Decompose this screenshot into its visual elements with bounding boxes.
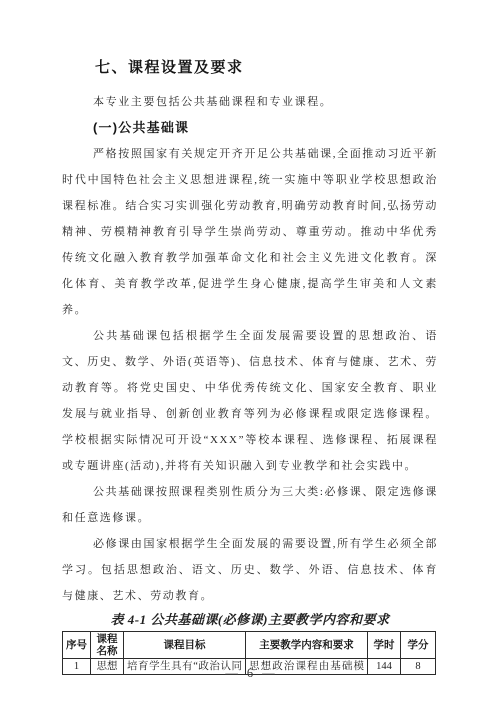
col-header-credits: 学分 bbox=[401, 632, 436, 659]
body-paragraph-1: 严格按照国家有关规定开齐开足公共基础课,全面推动习近平新时代中国特色社会主义思想… bbox=[62, 141, 438, 323]
table-caption: 表 4-1 公共基础课(必修课)主要教学内容和要求 bbox=[62, 612, 438, 628]
intro-paragraph: 本专业主要包括公共基础课程和专业课程。 bbox=[62, 89, 438, 115]
col-header-hours: 学时 bbox=[368, 632, 401, 659]
col-header-main-content: 主要教学内容和要求 bbox=[246, 632, 368, 659]
body-paragraph-3: 公共基础课按照课程类别性质分为三大类:必修课、限定选修课和任意选修课。 bbox=[62, 479, 438, 531]
table-header-row: 序号 课程名称 课程目标 主要教学内容和要求 学时 学分 bbox=[63, 632, 436, 659]
body-paragraph-2: 公共基础课包括根据学生全面发展需要设置的思想政治、语文、历史、数学、外语(英语等… bbox=[62, 323, 438, 479]
footer-dash-right: — bbox=[262, 666, 275, 680]
page-footer: —6— bbox=[0, 666, 500, 681]
col-header-course-name: 课程名称 bbox=[91, 632, 124, 659]
subsection-title: (一)公共基础课 bbox=[62, 115, 438, 141]
col-header-course-goal: 课程目标 bbox=[124, 632, 246, 659]
footer-dash-left: — bbox=[225, 666, 238, 680]
page-number: 6 bbox=[247, 666, 253, 680]
section-title: 七、课程设置及要求 bbox=[62, 59, 438, 77]
document-page: 七、课程设置及要求 本专业主要包括公共基础课程和专业课程。 (一)公共基础课 严… bbox=[0, 0, 500, 707]
col-header-no: 序号 bbox=[63, 632, 91, 659]
body-paragraph-4: 必修课由国家根据学生全面发展的需要设置,所有学生必须全部学习。包括思想政治、语文… bbox=[62, 531, 438, 609]
